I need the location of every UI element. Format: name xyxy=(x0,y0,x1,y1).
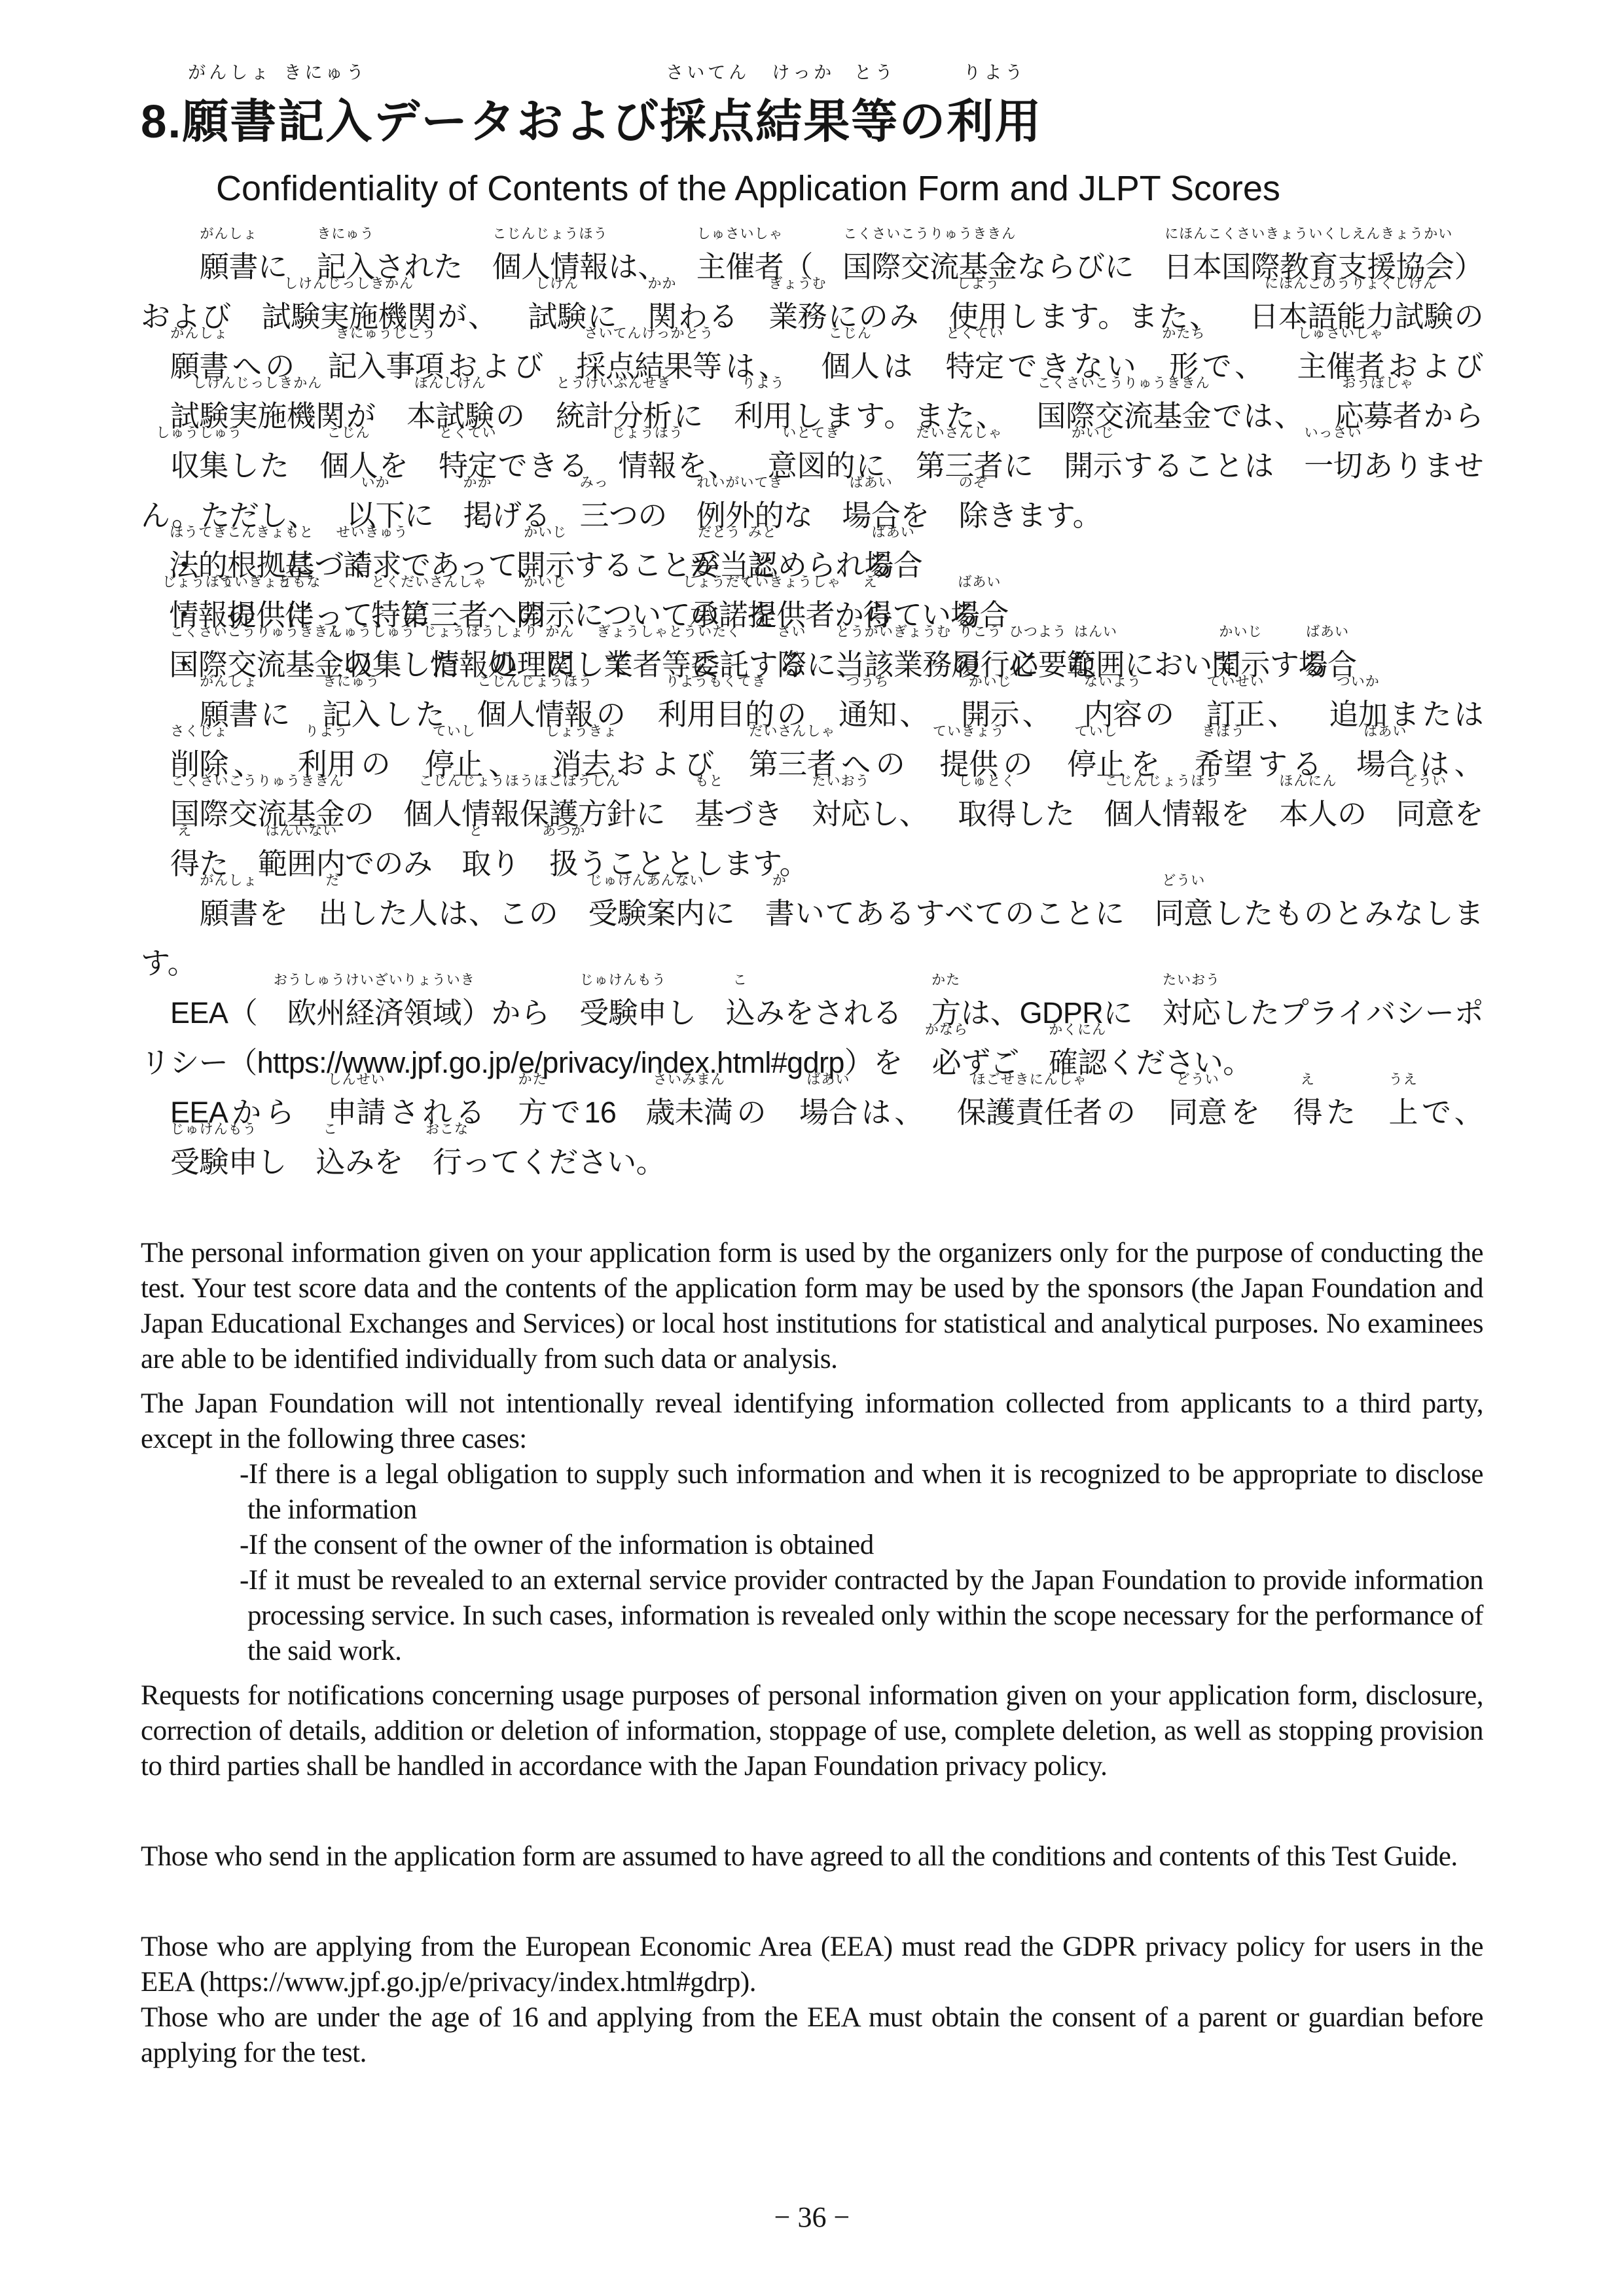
ruby-base-with-furigana: 受験申じゅけんもう xyxy=(141,1138,257,1187)
furigana-reading: れいがいてき xyxy=(667,476,783,490)
furigana-reading: じょうほう xyxy=(582,426,683,440)
japanese-paragraph: EEAから申請しんせいされる方かたで16歳未満さいみまんの場合ばあいは、保護責任… xyxy=(141,1088,1483,1187)
furigana-reading: しゅさいしゃ xyxy=(1268,327,1384,340)
furigana-reading: え xyxy=(148,824,192,838)
furigana-reading: さいみまん xyxy=(624,1073,725,1086)
furigana-reading: おうしゅうけいざいりょういき xyxy=(244,973,475,987)
furigana-reading: りよう xyxy=(712,376,785,390)
furigana-reading: ついか xyxy=(1307,675,1380,689)
furigana-reading: さくじょ xyxy=(141,725,228,738)
furigana-reading: にほんごのうりょくしけん xyxy=(1235,277,1437,291)
furigana-reading: とうけいぶんせき xyxy=(527,376,672,390)
furigana-reading: うえ xyxy=(1360,1073,1418,1086)
furigana-reading: ていきょうしゃ xyxy=(770,575,841,589)
ruby-base-with-furigana: 除のぞ xyxy=(929,491,988,541)
furigana-reading: きにゅうじこう xyxy=(306,327,437,340)
furigana-reading: みっ xyxy=(550,476,609,490)
furigana-reading: ほんにん xyxy=(1250,774,1337,788)
ruby-base-with-furigana: 取と xyxy=(432,839,490,889)
furigana-reading: さいてん xyxy=(666,64,749,82)
furigana-reading: ていせい xyxy=(1177,675,1264,689)
ruby-base-with-furigana: 基もと xyxy=(665,789,723,839)
furigana-reading: かた xyxy=(489,1073,547,1086)
furigana-reading: おこな xyxy=(396,1122,469,1136)
furigana-reading: だいさんしゃ xyxy=(719,725,835,738)
furigana-reading: かいじ xyxy=(553,575,567,589)
section-subtitle-english: Confidentiality of Contents of the Appli… xyxy=(216,168,1483,209)
ruby-base-with-furigana: 願書がんしょ xyxy=(170,242,258,292)
ruby-base-with-furigana: 一切いっさい xyxy=(1274,441,1362,491)
furigana-reading: はんい xyxy=(1104,625,1117,639)
ruby-base-with-furigana: 上うえ xyxy=(1360,1088,1418,1138)
furigana-reading: さいてんけっかとう xyxy=(555,327,714,340)
english-paragraph: Those who are under the age of 16 and ap… xyxy=(141,2000,1483,2071)
furigana-reading: りこう xyxy=(988,625,1002,639)
furigana-reading: きにゅう xyxy=(284,64,367,82)
furigana-reading: ばあい xyxy=(777,1073,850,1086)
furigana-reading: こじん xyxy=(298,426,370,440)
furigana-reading: せいきゅう xyxy=(366,526,408,539)
furigana-reading: がんしょ xyxy=(141,327,228,340)
furigana-reading: ないよう xyxy=(1055,675,1142,689)
furigana-reading: かくにん xyxy=(1019,1023,1106,1037)
furigana-reading: ほんしけん xyxy=(385,376,486,390)
page-footer: − 36 − xyxy=(0,2200,1624,2234)
ruby-base-with-furigana: 受験申じゅけんもう xyxy=(550,988,666,1038)
ruby-base-with-furigana: 同意どうい xyxy=(1367,789,1454,839)
furigana-reading: しけん xyxy=(506,277,579,291)
furigana-reading: りようもくてき xyxy=(636,675,767,689)
ruby-base-with-furigana: 利用りよう xyxy=(947,84,1042,161)
furigana-reading: あつか xyxy=(513,824,585,838)
furigana-reading: しゅとく xyxy=(929,774,1016,788)
furigana-reading: とくてい xyxy=(916,327,1003,340)
document-page: 8.願書がんしょ記入きにゅうデータおよび採点さいてん結果けっか等とうの利用りよう… xyxy=(0,0,1624,2296)
furigana-reading: かいじ xyxy=(1248,625,1262,639)
furigana-reading: きぼう xyxy=(1172,725,1245,738)
furigana-reading: りよう xyxy=(276,725,348,738)
furigana-reading: こくさいこうりゅうききん xyxy=(141,774,344,788)
ruby-base-with-furigana: 対応たいおう xyxy=(782,789,870,839)
furigana-reading: こくさいこうりゅうききん xyxy=(200,625,343,639)
furigana-reading: かいじ xyxy=(553,526,567,539)
english-bullet-item: -If there is a legal obligation to suppl… xyxy=(141,1457,1483,1528)
page-header: 8.願書がんしょ記入きにゅうデータおよび採点さいてん結果けっか等とうの利用りよう… xyxy=(141,84,1483,209)
ruby-base-with-furigana: 場合ばあい xyxy=(893,541,922,590)
furigana-reading: がんしょ xyxy=(170,874,257,888)
furigana-reading: だいさんしゃ xyxy=(887,426,1003,440)
furigana-reading: か xyxy=(743,874,787,888)
section-heading-japanese: 8.願書がんしょ記入きにゅうデータおよび採点さいてん結果けっか等とうの利用りよう xyxy=(141,84,1483,161)
ruby-base-with-furigana: 同意どうい xyxy=(1125,889,1213,939)
furigana-reading: じゅけんもう xyxy=(141,1122,257,1136)
furigana-reading: どうい xyxy=(1374,774,1447,788)
furigana-reading: いとてき xyxy=(753,426,840,440)
furigana-reading: こじんじょうほう xyxy=(1075,774,1219,788)
furigana-reading: こじんじょうほう xyxy=(448,675,592,689)
furigana-reading: じょうほう xyxy=(452,625,495,639)
furigana-reading: きにゅう xyxy=(293,675,380,689)
furigana-reading: かか xyxy=(434,476,492,490)
furigana-reading: おうぼしゃ xyxy=(1312,376,1414,390)
furigana-reading: こ xyxy=(704,973,748,987)
furigana-reading: ていきょう xyxy=(903,725,1005,738)
furigana-reading: こくさいこうりゅうききん xyxy=(1008,376,1210,390)
furigana-reading: かたち xyxy=(1132,327,1205,340)
furigana-reading: だ xyxy=(296,874,340,888)
furigana-reading: しょうきょ xyxy=(516,725,617,738)
furigana-reading: にほんこくさいきょういくしえんきょうかい xyxy=(1135,227,1453,241)
furigana-reading: ばあい xyxy=(820,476,893,490)
furigana-reading: しゅうしゅう xyxy=(359,625,416,639)
ruby-base-with-furigana: 取得しゅとく xyxy=(928,789,1016,839)
ruby-base-with-furigana: 同意どうい xyxy=(1139,1088,1227,1138)
page-number: − 36 − xyxy=(774,2201,850,2233)
furigana-reading: しよう xyxy=(927,277,1000,291)
furigana-reading: じゅけんもう xyxy=(550,973,666,987)
ruby-base-with-furigana: 記入きにゅう xyxy=(278,84,373,161)
ruby-base-with-furigana: 込こ xyxy=(287,1138,345,1187)
furigana-reading: いっさい xyxy=(1275,426,1362,440)
furigana-reading: ほうてきこんきょ xyxy=(199,526,285,539)
furigana-reading: いたく xyxy=(727,625,741,639)
furigana-reading: がんしょ xyxy=(170,227,257,241)
ruby-base-with-furigana: 場合ばあい xyxy=(770,1088,857,1138)
furigana-reading: とうがいぎょうむ xyxy=(865,625,951,639)
japanese-body-text: 願書がんしょに記入きにゅうされた個人情報こじんじょうほうは、主催者しゅさいしゃ（… xyxy=(141,242,1483,1187)
furigana-reading: ていし xyxy=(1045,725,1117,738)
furigana-reading: しんせい xyxy=(298,1073,386,1086)
ruby-base-with-furigana: 保護責任者ほごせきにんしゃ xyxy=(928,1088,1102,1138)
furigana-reading: かた xyxy=(902,973,960,987)
furigana-reading: しゅさいしゃ xyxy=(668,227,784,241)
furigana-reading: ぎょうしゃとう xyxy=(626,625,698,639)
ruby-base-with-furigana: 特定とくてい xyxy=(916,342,1004,391)
ruby-base-with-furigana: 掲かか xyxy=(433,491,492,541)
ruby-base-with-furigana: 対応たいおう xyxy=(1133,988,1221,1038)
furigana-reading: ともな xyxy=(307,575,321,589)
ruby-base-with-furigana: 収集しゅうしゅう xyxy=(141,441,228,491)
ruby-base-with-furigana: 願書がんしょ xyxy=(182,84,278,161)
furigana-reading: しゅうしゅう xyxy=(126,426,242,440)
japanese-paragraph: 願書がんしょに記入きにゅうした個人情報こじんじょうほうの利用目的りようもくてきの… xyxy=(141,690,1483,889)
furigana-reading: とくてい xyxy=(410,426,497,440)
furigana-reading: かいじ xyxy=(939,675,1012,689)
english-body-text: The personal information given on your a… xyxy=(141,1236,1483,2071)
english-paragraph: Those who are applying from the European… xyxy=(141,1929,1483,2000)
furigana-reading: しけんじっしきかん xyxy=(255,277,414,291)
english-paragraph: The personal information given on your a… xyxy=(141,1236,1483,1377)
furigana-reading: と xyxy=(439,824,483,838)
ruby-base-with-furigana: 込こ xyxy=(696,988,755,1038)
ruby-base-with-furigana: 本人ほんにん xyxy=(1250,789,1337,839)
furigana-reading: どうい xyxy=(1132,874,1205,888)
furigana-reading: ばあい xyxy=(1334,725,1407,738)
furigana-reading: りよう xyxy=(963,64,1026,82)
ruby-base-with-furigana: 結果けっか xyxy=(755,84,851,161)
furigana-reading: だいさんしゃ xyxy=(430,575,487,589)
furigana-reading: とう xyxy=(854,64,896,82)
furigana-reading: ひつよう xyxy=(1039,625,1067,639)
furigana-reading: ぎょうむ xyxy=(740,277,827,291)
furigana-reading: かいじ xyxy=(1042,426,1115,440)
english-paragraph: The Japan Foundation will not intentiona… xyxy=(141,1386,1483,1457)
furigana-reading: はんいない xyxy=(236,824,337,838)
furigana-reading: けっか xyxy=(772,64,835,82)
ruby-base-with-furigana: 個人情報こじんじょうほう xyxy=(1075,789,1221,839)
furigana-reading: ばあい xyxy=(1335,625,1349,639)
furigana-reading: ていし xyxy=(403,725,476,738)
ruby-base-with-furigana: 得え xyxy=(1264,1088,1322,1138)
furigana-reading: かか xyxy=(618,277,676,291)
furigana-reading: だとう xyxy=(727,526,741,539)
ruby-base-with-furigana: 等とう xyxy=(851,84,899,161)
furigana-reading: のぞ xyxy=(929,476,988,490)
furigana-reading: こじんじょうほうほごほうしん xyxy=(389,774,621,788)
ruby-base-with-furigana: 個人こじん xyxy=(791,342,879,391)
english-paragraph: Those who send in the application form a… xyxy=(141,1839,1483,1874)
ruby-base-with-furigana: 方かた xyxy=(488,1088,547,1138)
furigana-reading: たいおう xyxy=(1133,973,1220,987)
ruby-base-with-furigana: 開示かいじ xyxy=(1034,441,1122,491)
ruby-base-with-furigana: 歳未満さいみまん xyxy=(616,1088,732,1138)
furigana-reading: こじんじょうほう xyxy=(463,227,608,241)
ruby-base-with-furigana: 行おこな xyxy=(403,1138,461,1187)
furigana-reading: もと xyxy=(665,774,723,788)
furigana-reading: ばあい xyxy=(987,575,1001,589)
ruby-base-with-furigana: 欧州経済領域おうしゅうけいざいりょういき xyxy=(258,988,461,1038)
furigana-reading: しけんじっしきかん xyxy=(163,376,322,390)
ruby-base-with-furigana: 受験案内じゅけんあんない xyxy=(559,889,705,939)
japanese-paragraph: 願書がんしょに記入きにゅうされた個人情報こじんじょうほうは、主催者しゅさいしゃ（… xyxy=(141,242,1483,541)
ruby-base-with-furigana: 個人情報保護方針こじんじょうほうほごほうしん xyxy=(374,789,636,839)
english-bullet-item: -If it must be revealed to an external s… xyxy=(141,1563,1483,1669)
ruby-base-with-furigana: 採点さいてん xyxy=(660,84,755,161)
english-paragraph: Requests for notifications concerning us… xyxy=(141,1678,1483,1784)
furigana-reading: きにゅう xyxy=(287,227,374,241)
furigana-reading: がんしょ xyxy=(170,675,257,689)
furigana-reading: こじん xyxy=(799,327,872,340)
furigana-reading: ばあい xyxy=(901,526,915,539)
furigana-reading: いか xyxy=(332,476,390,490)
furigana-reading: つうち xyxy=(816,675,889,689)
furigana-reading: かなら xyxy=(895,1023,968,1037)
furigana-reading: しょり xyxy=(524,625,538,639)
furigana-reading: こくさいこうりゅうききん xyxy=(814,227,1016,241)
furigana-reading: どうい xyxy=(1147,1073,1219,1086)
furigana-reading: じゅけんあんない xyxy=(559,874,704,888)
furigana-reading: がんしょ xyxy=(188,64,272,82)
ruby-base-with-furigana: 出だ xyxy=(289,889,347,939)
furigana-reading: ほごせきにんしゃ xyxy=(943,1073,1087,1086)
furigana-reading: たいおう xyxy=(782,774,869,788)
ruby-base-with-furigana: 書か xyxy=(736,889,794,939)
furigana-reading: え xyxy=(1271,1073,1315,1086)
english-bullet-item: -If the consent of the owner of the info… xyxy=(141,1528,1483,1563)
ruby-base-with-furigana: 願書がんしょ xyxy=(170,889,258,939)
furigana-reading: こ xyxy=(294,1122,338,1136)
